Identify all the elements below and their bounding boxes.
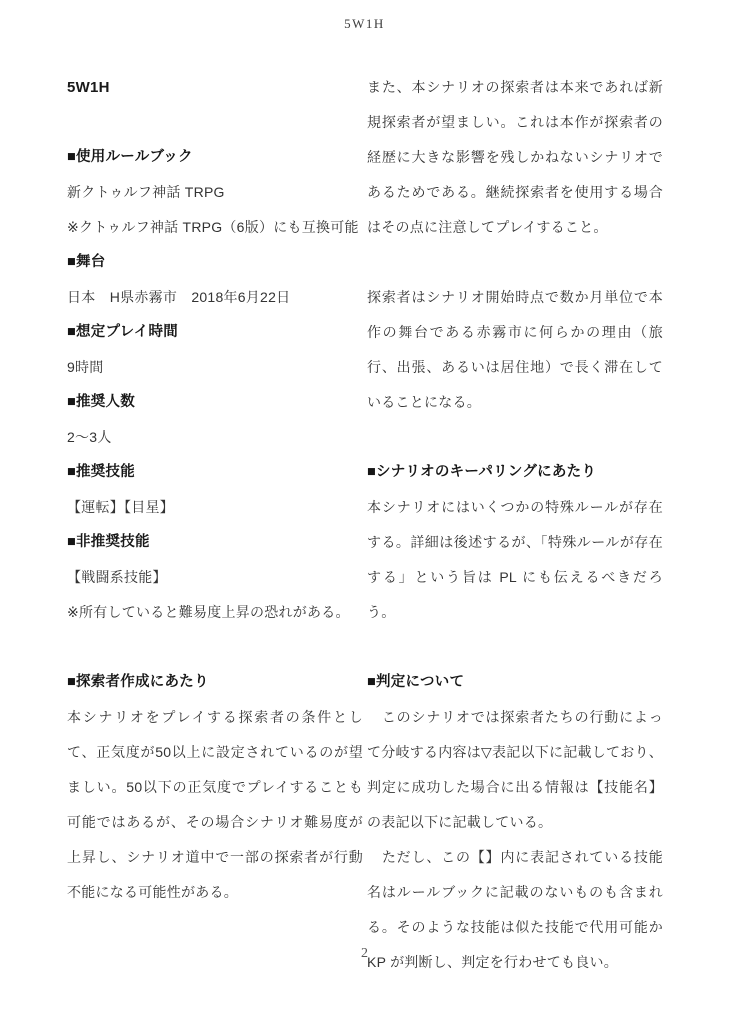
- document-page: 5W1H 5W1H ■使用ルールブック 新クトゥルフ神話 TRPG ※クトゥルフ…: [0, 0, 729, 1024]
- spacer: [67, 630, 363, 665]
- not-recommended-skills-note: ※所有していると難易度上昇の恐れがある。: [67, 595, 363, 630]
- section-keepering: ■シナリオのキーパリングにあたり 本シナリオにはいくつかの特殊ルールが存在する。…: [367, 455, 663, 630]
- heading-recommended-skills: ■推奨技能: [67, 455, 363, 490]
- section-character-creation: ■探索者作成にあたり 本シナリオをプレイする探索者の条件として、正気度が50以上…: [67, 665, 363, 910]
- heading-stage: ■舞台: [67, 245, 363, 280]
- heading-not-recommended-skills: ■非推奨技能: [67, 525, 363, 560]
- right-column: また、本シナリオの探索者は本来であれば新規探索者が望ましい。これは本作が探索者の…: [367, 70, 663, 980]
- section-not-recommended-skills: ■非推奨技能 【戦闘系技能】 ※所有していると難易度上昇の恐れがある。: [67, 525, 363, 630]
- spacer: [367, 630, 663, 665]
- character-creation-paragraph: 本シナリオをプレイする探索者の条件として、正気度が50以上に設定されているのが望…: [67, 700, 363, 910]
- spacer: [367, 245, 663, 280]
- section-rulebook: ■使用ルールブック 新クトゥルフ神話 TRPG ※クトゥルフ神話 TRPG（6版…: [67, 140, 363, 245]
- recommended-skills-line: 【運転】【目星】: [67, 490, 363, 525]
- new-investigator-paragraph: また、本シナリオの探索者は本来であれば新規探索者が望ましい。これは本作が探索者の…: [367, 70, 663, 245]
- heading-character-creation: ■探索者作成にあたり: [67, 665, 363, 700]
- running-header: 5W1H: [0, 16, 729, 32]
- play-time-line: 9時間: [67, 350, 363, 385]
- heading-judgement: ■判定について: [367, 665, 663, 700]
- spacer: [67, 105, 363, 140]
- section-stage: ■舞台 日本 H県赤霧市 2018年6月22日: [67, 245, 363, 315]
- stay-reason-paragraph: 探索者はシナリオ開始時点で数か月単位で本作の舞台である赤霧市に何らかの理由（旅行…: [367, 280, 663, 420]
- section-play-time: ■想定プレイ時間 9時間: [67, 315, 363, 385]
- left-column: 5W1H ■使用ルールブック 新クトゥルフ神話 TRPG ※クトゥルフ神話 TR…: [67, 70, 363, 910]
- player-count-line: 2～3人: [67, 420, 363, 455]
- heading-expected-play-time: ■想定プレイ時間: [67, 315, 363, 350]
- section-player-count: ■推奨人数 2～3人: [67, 385, 363, 455]
- section-judgement: ■判定について このシナリオでは探索者たちの行動によって分岐する内容は▽表記以下…: [367, 665, 663, 980]
- heading-recommended-players: ■推奨人数: [67, 385, 363, 420]
- heading-scenario-keepering: ■シナリオのキーパリングにあたり: [367, 455, 663, 490]
- spacer: [367, 420, 663, 455]
- rulebook-line: 新クトゥルフ神話 TRPG: [67, 175, 363, 210]
- heading-used-rulebook: ■使用ルールブック: [67, 140, 363, 175]
- page-number: 2: [0, 946, 729, 962]
- keepering-paragraph: 本シナリオにはいくつかの特殊ルールが存在する。詳細は後述するが、「特殊ルールが存…: [367, 490, 663, 630]
- document-title: 5W1H: [67, 70, 363, 105]
- section-recommended-skills: ■推奨技能 【運転】【目星】: [67, 455, 363, 525]
- rulebook-compat-note: ※クトゥルフ神話 TRPG（6版）にも互換可能: [67, 210, 363, 245]
- judgement-paragraph-1: このシナリオでは探索者たちの行動によって分岐する内容は▽表記以下に記載しており、…: [367, 700, 663, 840]
- not-recommended-skills-line: 【戦闘系技能】: [67, 560, 363, 595]
- stage-line: 日本 H県赤霧市 2018年6月22日: [67, 280, 363, 315]
